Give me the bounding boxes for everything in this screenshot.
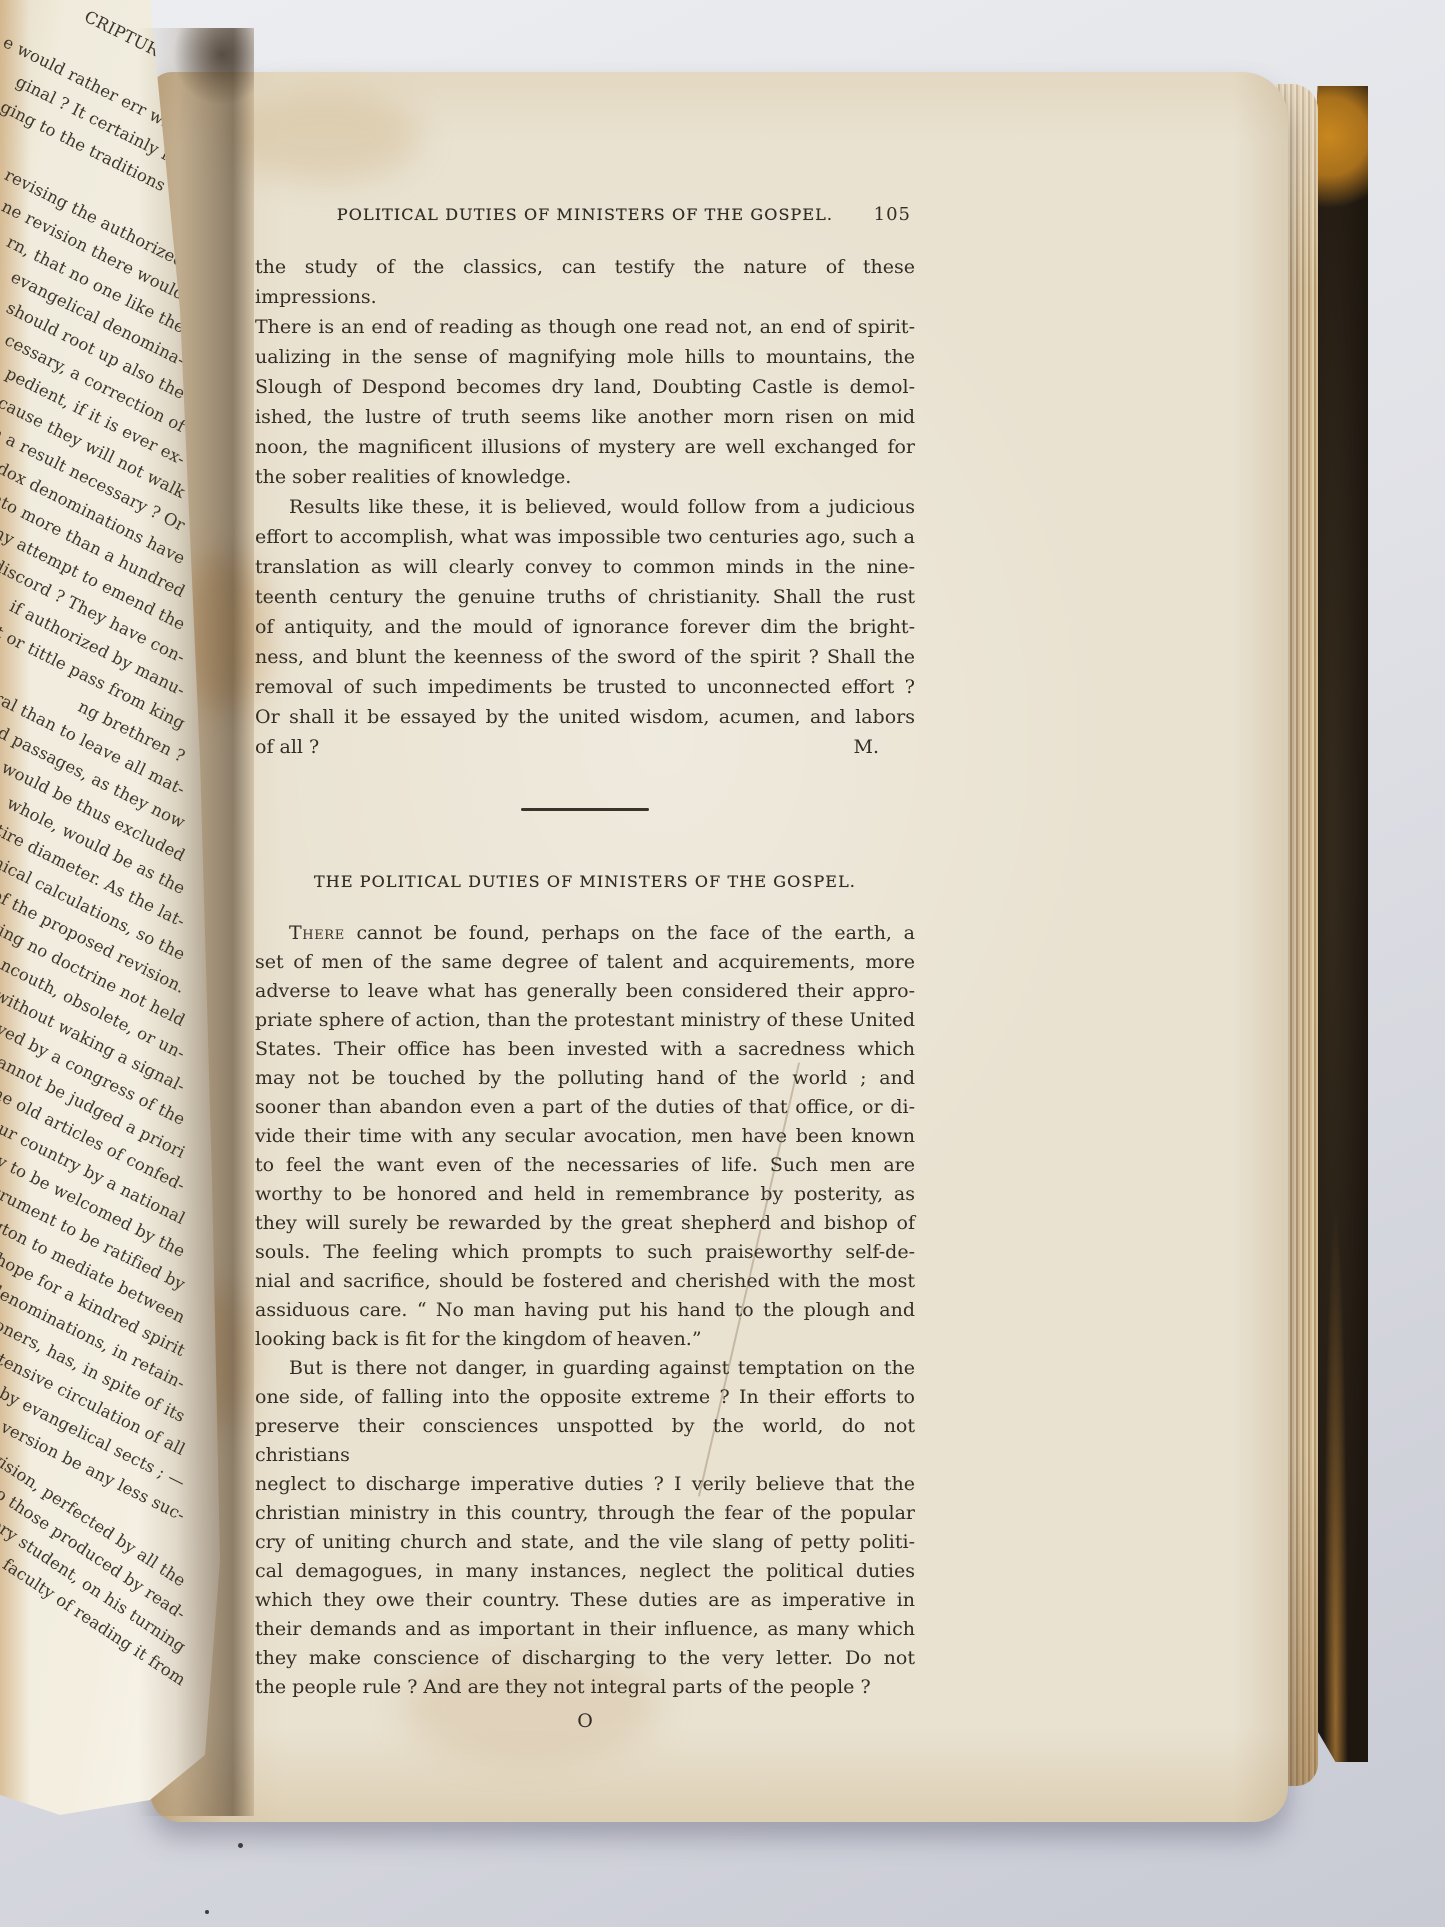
article: THE POLITICAL DUTIES OF MINISTERS OF THE… <box>255 867 915 1736</box>
text-line: removal of such impediments be trusted t… <box>255 672 915 702</box>
printers-signature-mark: O <box>255 1706 915 1736</box>
left-page-text: CRIPTURES. e would rather err withginal … <box>0 48 184 1698</box>
text-line: christian ministry in this country, thro… <box>255 1499 915 1528</box>
foxing-stain <box>230 92 420 182</box>
text-line: souls. The feeling which prompts to such… <box>255 1238 915 1267</box>
text-line: their demands and as important in their … <box>255 1615 915 1644</box>
text-line: ness, and blunt the keenness of the swor… <box>255 642 915 672</box>
paragraph: the study of the classics, can testify t… <box>255 252 915 492</box>
text-line: to feel the want even of the necessaries… <box>255 1151 915 1180</box>
text-line: neglect to discharge imperative duties ?… <box>255 1470 915 1499</box>
section-divider-rule <box>521 808 649 811</box>
running-head: POLITICAL DUTIES OF MINISTERS OF THE GOS… <box>255 200 915 226</box>
text-line: which they owe their country. These duti… <box>255 1586 915 1615</box>
text-line: vide their time with any secular avocati… <box>255 1122 915 1151</box>
text-line: noon, the magnificent illusions of myste… <box>255 432 915 462</box>
printed-content: POLITICAL DUTIES OF MINISTERS OF THE GOS… <box>255 200 915 1736</box>
text-line: States. Their office has been invested w… <box>255 1035 915 1064</box>
running-head-title: POLITICAL DUTIES OF MINISTERS OF THE GOS… <box>255 200 915 230</box>
text-line: they will surely be rewarded by the grea… <box>255 1209 915 1238</box>
paragraph: There cannot be found, perhaps on the fa… <box>255 919 915 1354</box>
text-line: the people rule ? And are they not integ… <box>255 1673 915 1702</box>
dust-speck <box>238 1843 243 1848</box>
text-line: set of men of the same degree of talent … <box>255 948 915 977</box>
text-line: cal demagogues, in many instances, negle… <box>255 1557 915 1586</box>
text-line: one side, of falling into the opposite e… <box>255 1383 915 1412</box>
text-line: priate sphere of action, than the protes… <box>255 1006 915 1035</box>
lead-small-caps: There <box>289 922 345 944</box>
text-line: Results like these, it is believed, woul… <box>255 492 915 522</box>
text-line: the study of the classics, can testify t… <box>255 252 915 312</box>
text-line: Or shall it be essayed by the united wis… <box>255 702 915 732</box>
text-line: of antiquity, and the mould of ignorance… <box>255 612 915 642</box>
text-line: may not be touched by the polluting hand… <box>255 1064 915 1093</box>
text-line: looking back is fit for the kingdom of h… <box>255 1325 915 1354</box>
text-line: nial and sacrifice, should be fostered a… <box>255 1267 915 1296</box>
text-line: assiduous care. “ No man having put his … <box>255 1296 915 1325</box>
text-line: ualizing in the sense of magnifying mole… <box>255 342 915 372</box>
text-line: sooner than abandon even a part of the d… <box>255 1093 915 1122</box>
paragraph: Results like these, it is believed, woul… <box>255 492 915 762</box>
text-line: There cannot be found, perhaps on the fa… <box>255 919 915 948</box>
dust-speck <box>205 1910 209 1914</box>
text-line: they make conscience of discharging to t… <box>255 1644 915 1673</box>
text-line: of all ?M. <box>255 732 915 762</box>
paragraph: But is there not danger, in guarding aga… <box>255 1354 915 1702</box>
text-line: the sober realities of knowledge. <box>255 462 915 492</box>
text-line: There is an end of reading as though one… <box>255 312 915 342</box>
right-page: POLITICAL DUTIES OF MINISTERS OF THE GOS… <box>150 72 1288 1822</box>
book-photo-scene: POLITICAL DUTIES OF MINISTERS OF THE GOS… <box>0 0 1445 1927</box>
text-line: ished, the lustre of truth seems like an… <box>255 402 915 432</box>
text-line: But is there not danger, in guarding aga… <box>255 1354 915 1383</box>
text-line: worthy to be honored and held in remembr… <box>255 1180 915 1209</box>
text-line: Slough of Despond becomes dry land, Doub… <box>255 372 915 402</box>
article-heading: THE POLITICAL DUTIES OF MINISTERS OF THE… <box>255 867 915 893</box>
text-line: cry of uniting church and state, and the… <box>255 1528 915 1557</box>
text-line: teenth century the genuine truths of chr… <box>255 582 915 612</box>
text-line: translation as will clearly convey to co… <box>255 552 915 582</box>
author-signature: M. <box>854 732 916 762</box>
text-line: adverse to leave what has generally been… <box>255 977 915 1006</box>
page-number: 105 <box>874 200 911 230</box>
text-line: preserve their consciences unspotted by … <box>255 1412 915 1470</box>
text-line: effort to accomplish, what was impossibl… <box>255 522 915 552</box>
